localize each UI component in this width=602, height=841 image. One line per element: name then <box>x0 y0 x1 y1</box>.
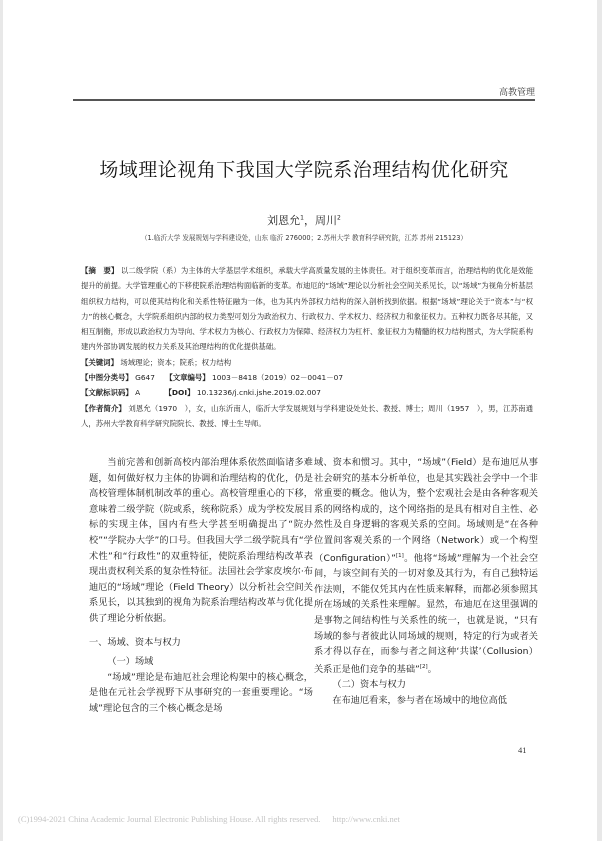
abstract: 【摘 要】 以二级学院（系）为主体的大学基层学术组织，承载大学高质量发展的主体责… <box>81 263 533 355</box>
intro-paragraph: 当前完善和创新高校内部治理体系依然面临诸多难题，如何做好权力主体的协调和治理结构… <box>89 455 313 627</box>
citation-ref[interactable]: [1] <box>396 553 404 559</box>
keywords-text: 场域理论；资本；院系；权力结构 <box>120 358 231 367</box>
subsection-heading: （二）资本与权力 <box>314 677 538 693</box>
clc-label: 【中图分类号】 <box>81 373 133 382</box>
author-name: 刘恩允 <box>267 214 300 227</box>
body-paragraph: “场域”理论是布迪厄社会理论构架中的核心概念，是他在元社会学视野下从事研究的一套… <box>89 670 313 717</box>
author-separator: ， <box>304 214 315 227</box>
copyright-footer: (C)1994-2021 China Academic Journal Elec… <box>18 814 400 824</box>
front-matter: 【摘 要】 以二级学院（系）为主体的大学基层学术组织，承载大学高质量发展的主体责… <box>81 263 533 431</box>
header-rule <box>73 99 535 101</box>
document-code-value: A <box>135 388 140 397</box>
article-number-value: 1003－8418（2019）02－0041－07 <box>212 373 343 382</box>
doi-value: 10.13236/j.cnki.jshe.2019.02.007 <box>197 388 321 397</box>
cnki-link[interactable]: http://www.cnki.net <box>332 814 399 824</box>
author-name: 周川 <box>315 214 337 227</box>
author-affil-marker: 2 <box>337 214 341 221</box>
abstract-text: 以二级学院（系）为主体的大学基层学术组织，承载大学高质量发展的主体责任。对于组织… <box>81 266 533 351</box>
copyright-text: (C)1994-2021 China Academic Journal Elec… <box>18 814 320 824</box>
body-column-left: 当前完善和创新高校内部治理体系依然面临诸多难题，如何做好权力主体的协调和治理结构… <box>89 455 313 717</box>
author-line: 刘恩允1，周川2 <box>3 212 602 228</box>
article-number-label: 【文章编号】 <box>165 373 209 382</box>
document-code-label: 【文献标识码】 <box>81 388 133 397</box>
page-number: 41 <box>518 745 527 755</box>
paragraph-text: 。 <box>428 664 437 675</box>
keywords-label: 【关键词】 <box>81 358 118 367</box>
author-bio-label: 【作者简介】 <box>81 404 126 413</box>
classification: 【中图分类号】 G647 【文章编号】 1003－8418（2019）02－00… <box>81 370 533 385</box>
body-paragraph: 在布迪厄看来，参与者在场域中的地位高低 <box>314 693 538 709</box>
doi-label: 【DOI】 <box>165 388 195 397</box>
paragraph-text: 。他将“场域”理解为一个社会空间，与该空间有关的一切对象及其行为，有自己独特运作… <box>314 553 538 675</box>
body-paragraph: 域、资本和惯习。其中，“场域”（Field）是布迪厄从事社会研究的基本分析单位，… <box>314 455 538 677</box>
article-title: 场域理论视角下我国大学院系治理结构优化研究 <box>3 155 602 182</box>
paragraph-text: 域、资本和惯习。其中，“场域”（Field）是布迪厄从事社会研究的基本分析单位，… <box>314 457 538 564</box>
author-bio-text: 刘恩允（1970 ），女，山东沂南人，临沂大学发展规划与学科建设处处长、教授、博… <box>81 404 533 428</box>
subsection-heading: （一）场域 <box>89 654 313 670</box>
section-heading: 一、场域、资本与权力 <box>89 635 313 651</box>
running-head-section: 高教管理 <box>499 85 535 98</box>
citation-ref[interactable]: [2] <box>420 664 428 670</box>
body-column-right: 域、资本和惯习。其中，“场域”（Field）是布迪厄从事社会研究的基本分析单位，… <box>314 455 538 709</box>
keywords: 【关键词】 场域理论；资本；院系；权力结构 <box>81 355 533 370</box>
abstract-label: 【摘 要】 <box>81 266 118 275</box>
journal-page: 高教管理 场域理论视角下我国大学院系治理结构优化研究 刘恩允1，周川2 （1.临… <box>3 0 597 841</box>
identifiers: 【文献标识码】 A 【DOI】 10.13236/j.cnki.jshe.201… <box>81 385 533 400</box>
clc-value: G647 <box>135 373 155 382</box>
affiliations: （1.临沂大学 发展规划与学科建设处，山东 临沂 276000；2.苏州大学 教… <box>3 232 602 242</box>
author-bio: 【作者简介】 刘恩允（1970 ），女，山东沂南人，临沂大学发展规划与学科建设处… <box>81 401 533 432</box>
